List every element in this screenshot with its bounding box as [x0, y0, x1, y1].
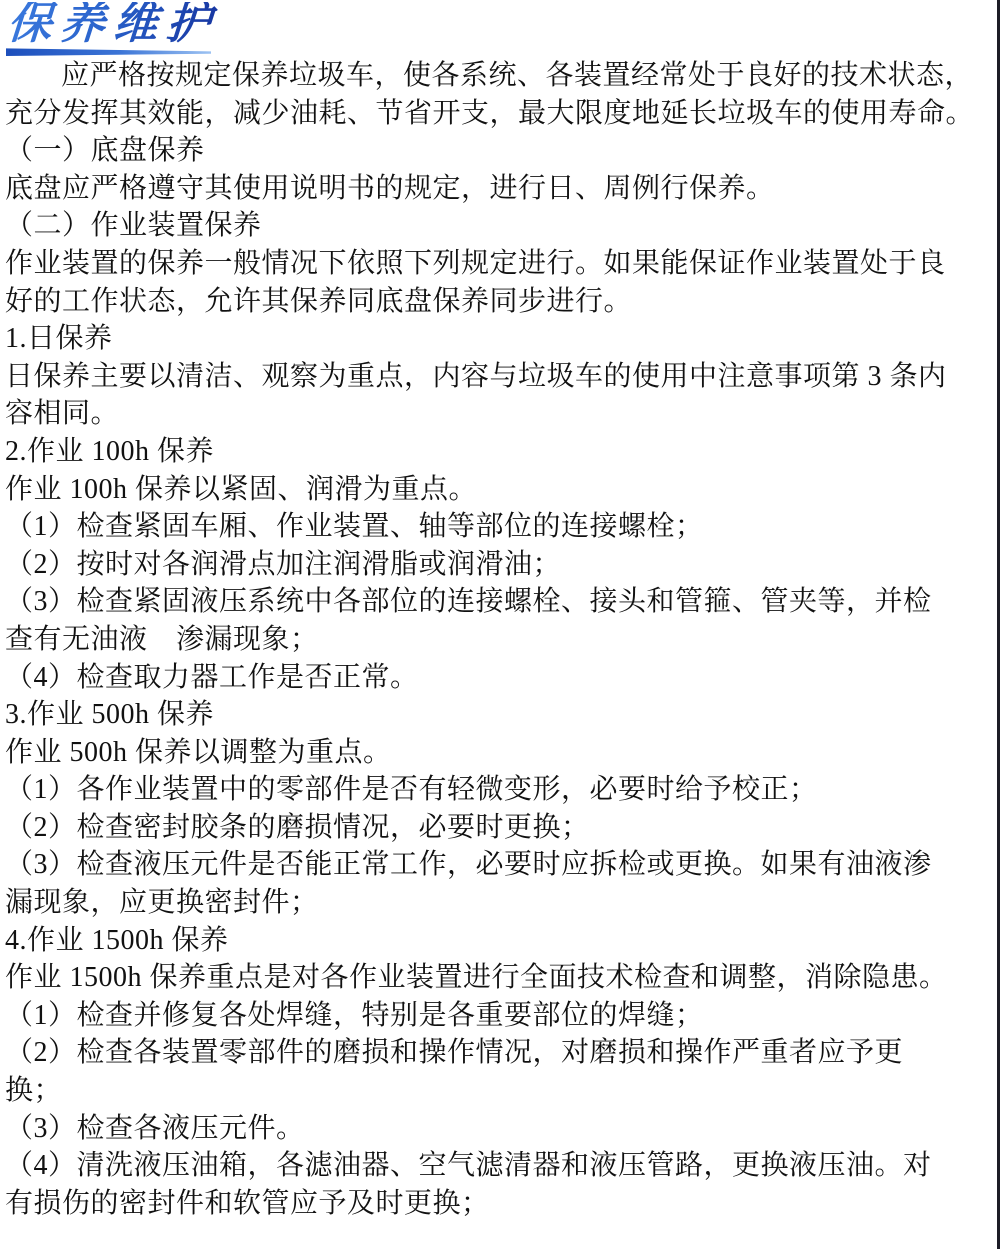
text-line: 日保养主要以清洁、观察为重点，内容与垃圾车的使用中注意事项第 3 条内 — [5, 358, 992, 396]
text-line: 换； — [5, 1072, 992, 1110]
text-line: 漏现象，应更换密封件； — [5, 884, 992, 922]
text-line: 底盘应严格遵守其使用说明书的规定，进行日、周例行保养。 — [5, 170, 992, 208]
text-line: 作业 500h 保养以调整为重点。 — [5, 734, 992, 772]
text-line: （二）作业装置保养 — [5, 207, 992, 245]
text-line: 查有无油液 渗漏现象； — [5, 621, 992, 659]
text-line: （1）检查紧固车厢、作业装置、轴等部位的连接螺栓； — [5, 508, 992, 546]
text-line: （1）检查并修复各处焊缝，特别是各重要部位的焊缝； — [5, 997, 992, 1035]
text-line: 作业 100h 保养以紧固、润滑为重点。 — [5, 471, 992, 509]
text-line: （4）检查取力器工作是否正常。 — [5, 659, 992, 697]
text-line: （1）各作业装置中的零部件是否有轻微变形，必要时给予校正； — [5, 771, 992, 809]
text-line: 有损伤的密封件和软管应予及时更换； — [5, 1185, 992, 1223]
text-line: （3）检查各液压元件。 — [5, 1110, 992, 1148]
page-title: 保养维护 — [6, 2, 406, 56]
text-line: 作业装置的保养一般情况下依照下列规定进行。如果能保证作业装置处于良 — [5, 245, 992, 283]
document-text-block: 应严格按规定保养垃圾车，使各系统、各装置经常处于良好的技术状态，充分发挥其效能，… — [5, 57, 992, 1222]
text-line: （一）底盘保养 — [5, 132, 992, 170]
text-line: 1.日保养 — [5, 320, 992, 358]
text-line: 作业 1500h 保养重点是对各作业装置进行全面技术检查和调整，消除隐患。 — [5, 959, 992, 997]
text-line: （4）清洗液压油箱，各滤油器、空气滤清器和液压管路，更换液压油。对 — [5, 1147, 992, 1185]
text-line: 应严格按规定保养垃圾车，使各系统、各装置经常处于良好的技术状态， — [5, 57, 992, 95]
text-line: （3）检查液压元件是否能正常工作，必要时应拆检或更换。如果有油液渗 — [5, 846, 992, 884]
text-line: 4.作业 1500h 保养 — [5, 922, 992, 960]
text-line: （2）检查各装置零部件的磨损和操作情况，对磨损和操作严重者应予更 — [5, 1034, 992, 1072]
title-underline-swoosh — [6, 48, 211, 56]
text-line: 2.作业 100h 保养 — [5, 433, 992, 471]
text-line: （2）按时对各润滑点加注润滑脂或润滑油； — [5, 546, 992, 584]
text-line: （2）检查密封胶条的磨损情况，必要时更换； — [5, 809, 992, 847]
text-line: （3）检查紧固液压系统中各部位的连接螺栓、接头和管箍、管夹等，并检 — [5, 583, 992, 621]
text-line: 容相同。 — [5, 395, 992, 433]
page-title-text: 保养维护 — [6, 2, 221, 46]
document-page: 保养维护 应严格按规定保养垃圾车，使各系统、各装置经常处于良好的技术状态，充分发… — [0, 0, 1000, 1249]
text-line: 好的工作状态，允许其保养同底盘保养同步进行。 — [5, 283, 992, 321]
text-line: 3.作业 500h 保养 — [5, 696, 992, 734]
text-line: 充分发挥其效能，减少油耗、节省开支，最大限度地延长垃圾车的使用寿命。 — [5, 95, 992, 133]
